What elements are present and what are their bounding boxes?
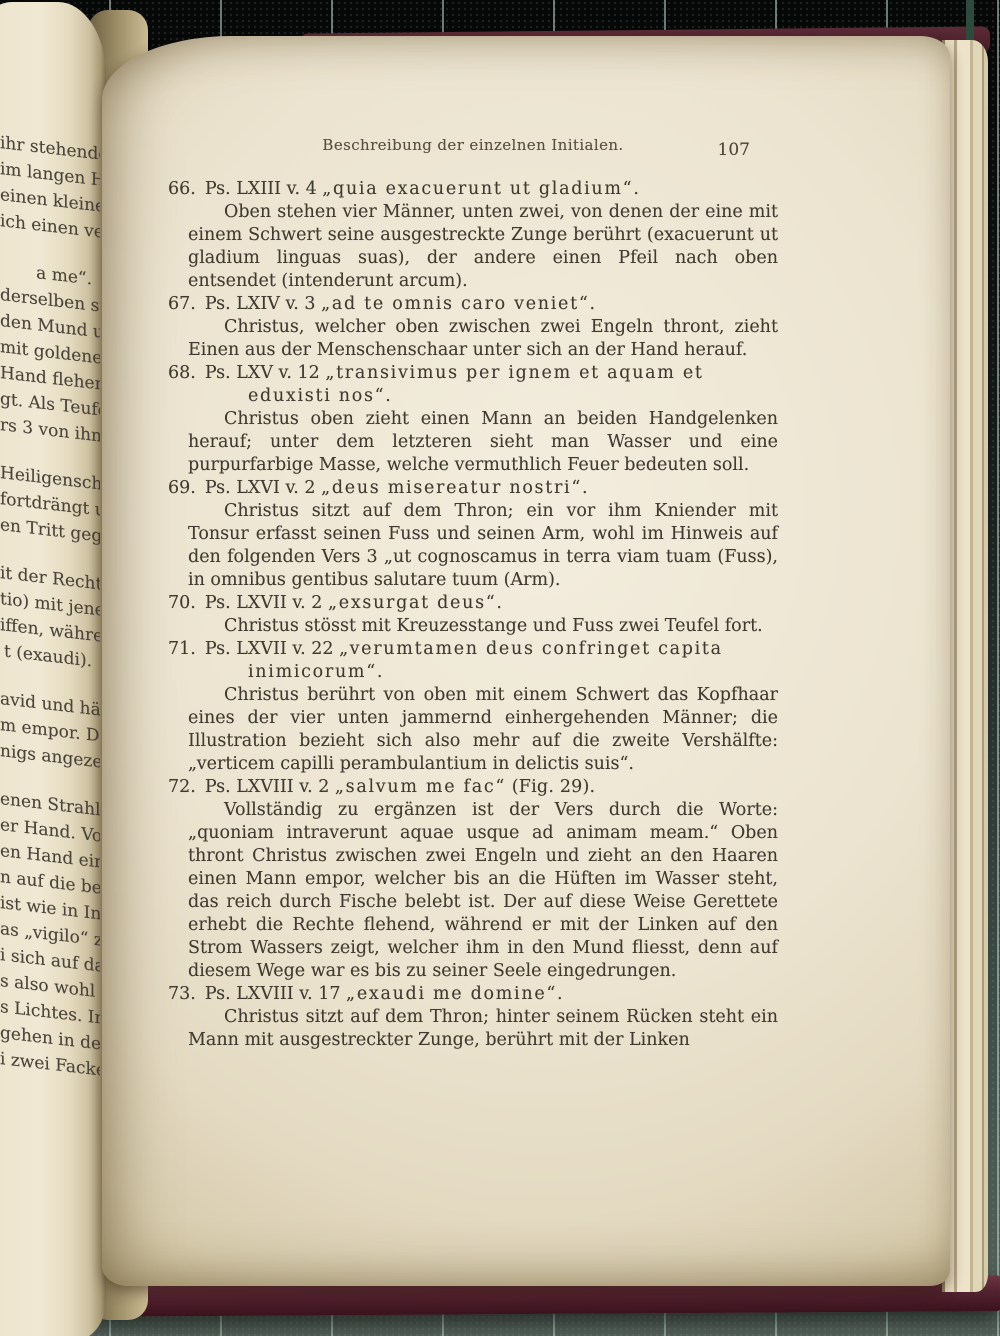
item-heading: 71.Ps. LXVII v. 22 „verumtamen deus conf…: [168, 638, 778, 684]
item-number: 70.: [168, 593, 196, 613]
latin-quote: „exaudi me domine“.: [346, 984, 564, 1004]
item-number: 68.: [168, 363, 196, 383]
running-header: Beschreibung der einzelnen Initialen.: [168, 136, 778, 154]
item-heading: 67.Ps. LXIV v. 3 „ad te omnis caro venie…: [168, 293, 778, 316]
latin-quote: „salvum me fac“: [335, 777, 506, 797]
item-number: 66.: [168, 179, 196, 199]
item-heading: 66.Ps. LXIII v. 4 „quia exacuerunt ut gl…: [168, 178, 778, 201]
latin-quote: „ad te omnis caro veniet“.: [321, 294, 597, 314]
psalm-reference: Ps. LXIV v. 3: [205, 294, 321, 314]
page-content: Beschreibung der einzelnen Initialen. 10…: [168, 136, 778, 1052]
item-description: Christus sitzt auf dem Thron; hinter sei…: [188, 1006, 778, 1052]
item-heading: 72.Ps. LXVIII v. 2 „salvum me fac“ (Fig.…: [168, 776, 778, 799]
item-description: Christus berührt von oben mit einem Schw…: [188, 684, 778, 776]
photo-scene: ihr stehendeim langen Halseinen kleineni…: [0, 0, 1000, 1336]
figure-reference: (Fig. 29).: [506, 777, 595, 797]
catalog-item: 72.Ps. LXVIII v. 2 „salvum me fac“ (Fig.…: [168, 776, 778, 983]
psalm-reference: Ps. LXVII v. 22: [205, 639, 339, 659]
psalm-reference: Ps. LXVIII v. 2: [205, 777, 335, 797]
psalm-reference: Ps. LXVII v. 2: [205, 593, 328, 613]
item-description: Oben stehen vier Männer, unten zwei, von…: [188, 201, 778, 293]
item-heading: 70.Ps. LXVII v. 2 „exsurgat deus“.: [168, 592, 778, 615]
book-cover-corner: [966, 0, 974, 44]
book-right-page: Beschreibung der einzelnen Initialen. 10…: [102, 36, 950, 1286]
catalog-item: 69.Ps. LXVI v. 2 „deus misereatur nostri…: [168, 477, 778, 592]
catalog-item: 66.Ps. LXIII v. 4 „quia exacuerunt ut gl…: [168, 178, 778, 293]
item-description: Christus sitzt auf dem Thron; ein vor ih…: [188, 500, 778, 592]
latin-quote: „deus misereatur nostri“.: [321, 478, 589, 498]
item-description: Christus, welcher oben zwischen zwei Eng…: [188, 316, 778, 362]
catalog-item: 67.Ps. LXIV v. 3 „ad te omnis caro venie…: [168, 293, 778, 362]
left-page-text-fragment: ihr stehendeim langen Halseinen kleineni…: [0, 130, 100, 1190]
psalm-reference: Ps. LXIII v. 4: [205, 179, 322, 199]
item-number: 73.: [168, 984, 196, 1004]
item-number: 71.: [168, 639, 196, 659]
item-heading: 68.Ps. LXV v. 12 „transivimus per ignem …: [168, 362, 778, 408]
catalog-item: 68.Ps. LXV v. 12 „transivimus per ignem …: [168, 362, 778, 477]
item-heading: 69.Ps. LXVI v. 2 „deus misereatur nostri…: [168, 477, 778, 500]
items-list: 66.Ps. LXIII v. 4 „quia exacuerunt ut gl…: [168, 178, 778, 1052]
psalm-reference: Ps. LXVIII v. 17: [205, 984, 346, 1004]
item-description: Vollständig zu ergänzen ist der Vers dur…: [188, 799, 778, 983]
latin-quote: „quia exacuerunt ut gladium“.: [322, 179, 640, 199]
page-number: 107: [718, 140, 750, 160]
item-number: 72.: [168, 777, 196, 797]
item-number: 67.: [168, 294, 196, 314]
page-header-row: Beschreibung der einzelnen Initialen. 10…: [168, 136, 778, 178]
catalog-item: 73.Ps. LXVIII v. 17 „exaudi me domine“.C…: [168, 983, 778, 1052]
latin-quote: „exsurgat deus“.: [328, 593, 504, 613]
item-description: Christus stösst mit Kreuzesstange und Fu…: [188, 615, 778, 638]
psalm-reference: Ps. LXVI v. 2: [205, 478, 321, 498]
item-number: 69.: [168, 478, 196, 498]
left-page-text-lines: ihr stehendeim langen Halseinen kleineni…: [0, 130, 100, 1083]
item-description: Christus oben zieht einen Mann an beiden…: [188, 408, 778, 477]
psalm-reference: Ps. LXV v. 12: [205, 363, 325, 383]
item-heading: 73.Ps. LXVIII v. 17 „exaudi me domine“.: [168, 983, 778, 1006]
catalog-item: 71.Ps. LXVII v. 22 „verumtamen deus conf…: [168, 638, 778, 776]
left-page-edge: ihr stehendeim langen Halseinen kleineni…: [0, 2, 106, 1336]
catalog-item: 70.Ps. LXVII v. 2 „exsurgat deus“.Christ…: [168, 592, 778, 638]
